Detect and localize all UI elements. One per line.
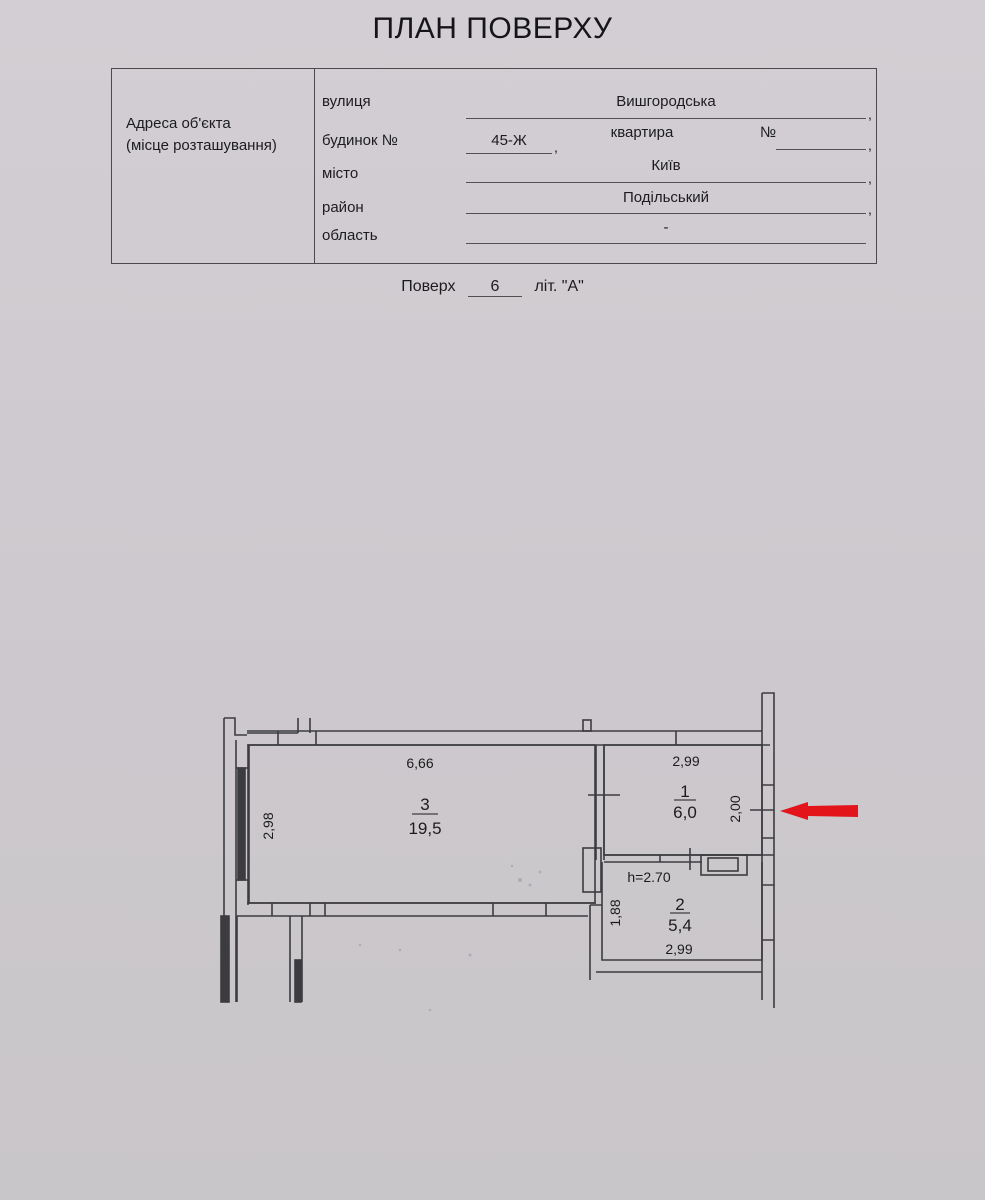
room2-area: 5,4 <box>668 916 692 935</box>
red-arrow-icon <box>780 802 858 820</box>
room1-number: 1 <box>680 782 689 801</box>
room1-area: 6,0 <box>673 803 697 822</box>
ceiling-height: h=2.70 <box>627 869 670 885</box>
room1-depth: 2,00 <box>727 795 743 822</box>
room2-depth: 1,88 <box>607 899 623 926</box>
room1-width: 2,99 <box>672 753 699 769</box>
room2-number: 2 <box>675 895 684 914</box>
floor-plan: 6,66 2,98 3 19,5 2,99 1 6,0 2,00 h=2.70 … <box>0 0 985 1200</box>
room3-number: 3 <box>420 795 429 814</box>
room3-area: 19,5 <box>408 819 441 838</box>
room3-width: 6,66 <box>406 755 433 771</box>
room3-depth: 2,98 <box>260 812 276 839</box>
room2-width: 2,99 <box>665 941 692 957</box>
